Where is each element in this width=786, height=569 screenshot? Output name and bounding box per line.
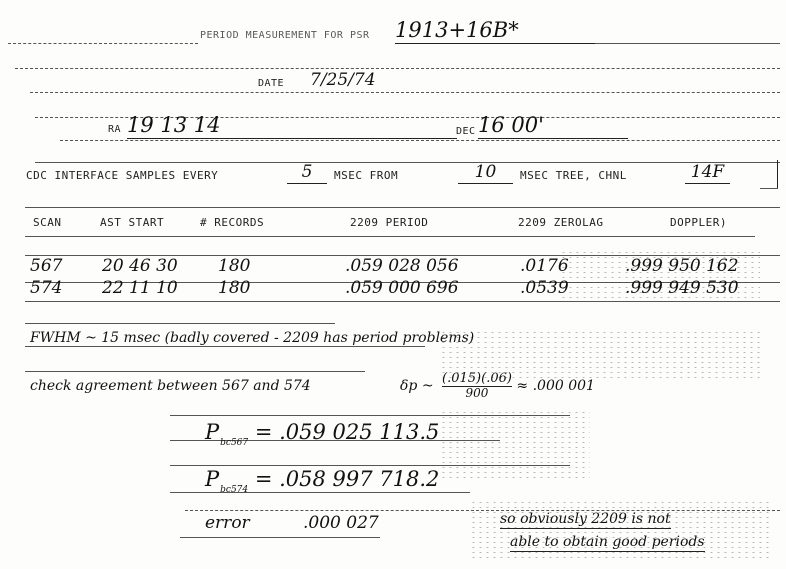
cell-period: .059 028 056 bbox=[345, 256, 459, 276]
column-header-zerolag: 2209 ZEROLAG bbox=[518, 216, 603, 229]
cell-doppler: .999 949 530 bbox=[625, 278, 739, 298]
interface-text-2: MSEC FROM bbox=[334, 169, 398, 182]
ruled-line bbox=[25, 371, 365, 372]
cell-doppler: .999 950 162 bbox=[625, 256, 739, 276]
barycentric-period-574: Pbc574 = .058 997 718.2 bbox=[205, 467, 439, 495]
pulsar-name: 1913+16B* bbox=[395, 18, 595, 44]
cell-ast-start: 20 46 30 bbox=[102, 256, 178, 276]
ruled-line bbox=[760, 188, 778, 189]
ruled-line bbox=[35, 162, 780, 163]
scanned-lab-notebook-page: PERIOD MEASUREMENT FOR PSR 1913+16B* DAT… bbox=[0, 0, 786, 569]
cell-records: 180 bbox=[218, 256, 250, 276]
ruled-line bbox=[595, 43, 780, 44]
header-label: PERIOD MEASUREMENT FOR PSR bbox=[200, 30, 370, 41]
cell-zerolag: .0539 bbox=[520, 278, 569, 298]
dec-label: DEC bbox=[456, 126, 476, 137]
conclusion-line-1: so obviously 2209 is not bbox=[500, 511, 671, 529]
column-header-doppler: DOPPLER) bbox=[670, 216, 727, 229]
ruled-line bbox=[25, 346, 425, 347]
sample-interval: 5 bbox=[287, 162, 327, 184]
ruled-line bbox=[25, 301, 780, 302]
ruled-line bbox=[25, 323, 335, 324]
ruled-line bbox=[25, 236, 755, 237]
ruled-line bbox=[25, 207, 780, 208]
ruled-line bbox=[60, 140, 780, 141]
fwhm-note: FWHM ~ 15 msec (badly covered - 2209 has… bbox=[30, 330, 474, 346]
interface-text-3: MSEC TREE, CHNL bbox=[520, 169, 627, 182]
date-value: 7/25/74 bbox=[310, 70, 376, 90]
interface-text-1: CDC INTERFACE SAMPLES EVERY bbox=[26, 169, 218, 182]
ra-value: 19 13 14 bbox=[127, 113, 457, 139]
cell-zerolag: .0176 bbox=[520, 256, 569, 276]
delta-p-formula: δp ~ (.015)(.06) 900 ≈ .000 001 bbox=[400, 372, 595, 400]
delta-p-prefix: δp ~ bbox=[400, 378, 434, 394]
dec-value: 16 00' bbox=[478, 113, 628, 139]
scan-noise bbox=[440, 410, 590, 480]
barycentric-period-574-value: = .058 997 718.2 bbox=[255, 467, 440, 491]
margin-bracket bbox=[777, 160, 778, 188]
ruled-line bbox=[8, 43, 198, 44]
delta-p-denominator: 900 bbox=[442, 387, 512, 400]
cell-period: .059 000 696 bbox=[345, 278, 459, 298]
column-header-ast-start: AST START bbox=[100, 216, 164, 229]
cell-scan: 574 bbox=[30, 278, 62, 298]
delta-p-numerator: (.015)(.06) bbox=[442, 372, 512, 387]
column-header-records: # RECORDS bbox=[200, 216, 264, 229]
column-header-period: 2209 PERIOD bbox=[350, 216, 428, 229]
ra-label: RA bbox=[108, 124, 121, 135]
error-label: error bbox=[205, 513, 250, 533]
delta-p-fraction: (.015)(.06) 900 bbox=[442, 372, 512, 400]
check-agreement-note: check agreement between 567 and 574 bbox=[30, 378, 311, 394]
date-label: DATE bbox=[258, 78, 284, 89]
start-msec: 10 bbox=[458, 162, 513, 184]
ruled-line bbox=[180, 537, 380, 538]
channel-value: 14F bbox=[685, 162, 730, 184]
error-value: .000 027 bbox=[303, 513, 379, 533]
cell-scan: 567 bbox=[30, 256, 62, 276]
ruled-line bbox=[15, 68, 780, 69]
ruled-line bbox=[30, 92, 780, 93]
barycentric-period-567: Pbc567 = .059 025 113.5 bbox=[205, 420, 439, 448]
cell-ast-start: 22 11 10 bbox=[102, 278, 178, 298]
delta-p-result: ≈ .000 001 bbox=[516, 378, 595, 394]
barycentric-period-567-value: = .059 025 113.5 bbox=[255, 420, 440, 444]
conclusion-line-2: able to obtain good periods bbox=[510, 534, 705, 552]
cell-records: 180 bbox=[218, 278, 250, 298]
column-header-scan: SCAN bbox=[33, 216, 62, 229]
